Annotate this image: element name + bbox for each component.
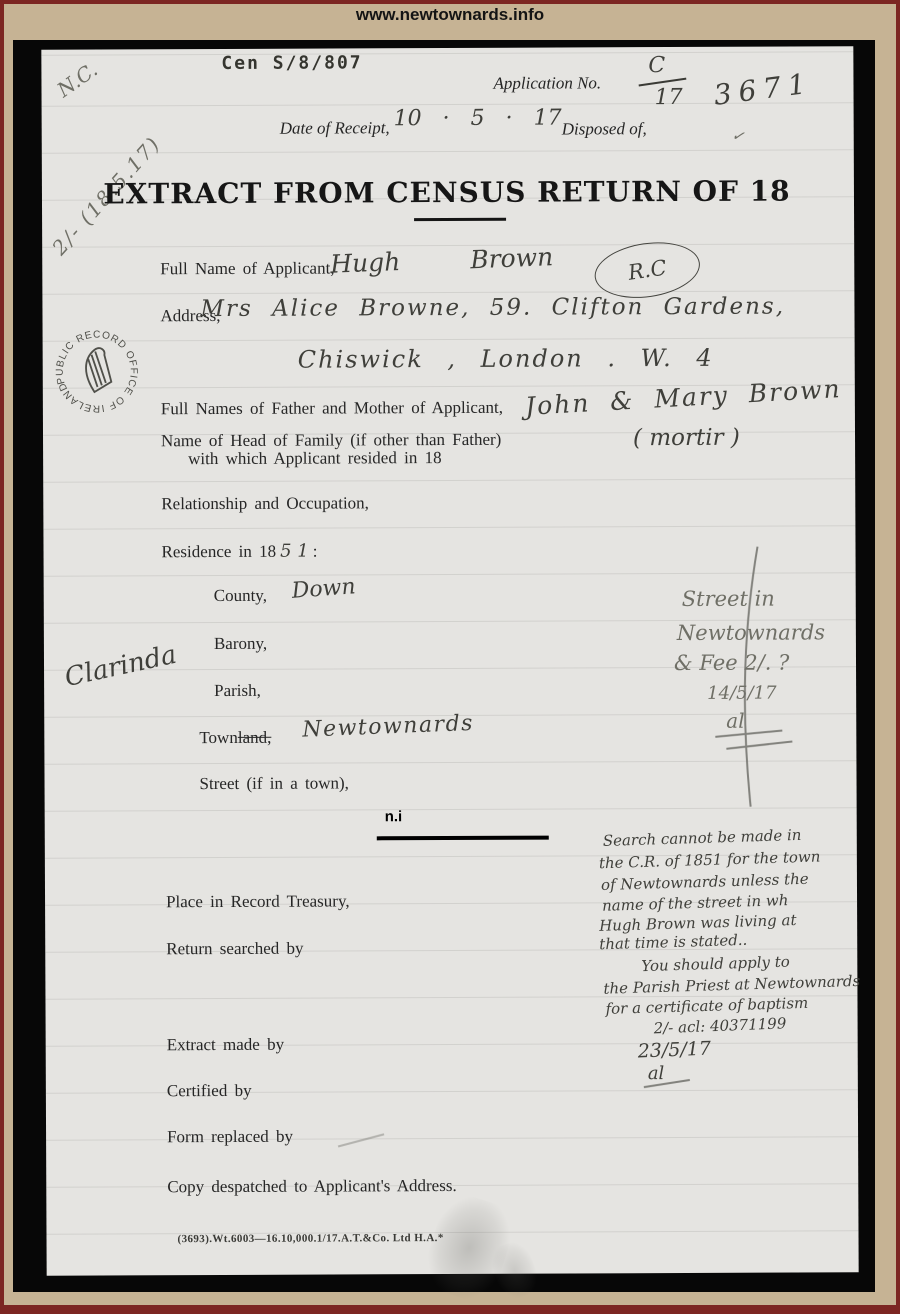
- pencil-strokes-overlay: [41, 46, 858, 1276]
- note-initials-underline: [644, 1080, 690, 1087]
- site-header-text: www.newtownards.info: [356, 5, 544, 24]
- site-header: www.newtownards.info: [4, 5, 896, 25]
- initials-underline-1: [715, 731, 782, 737]
- stray-pencil-slash: [338, 1134, 384, 1146]
- census-form-document: N.C. 2/- (18.5.17) Cen S/8/807 Applicati…: [41, 46, 858, 1276]
- initials-underline-2: [726, 742, 792, 749]
- scan-frame: N.C. 2/- (18.5.17) Cen S/8/807 Applicati…: [13, 40, 875, 1292]
- vertical-pencil-stroke: [744, 547, 758, 807]
- page: www.newtownards.info N.C. 2/- (18.5.17) …: [0, 0, 900, 1314]
